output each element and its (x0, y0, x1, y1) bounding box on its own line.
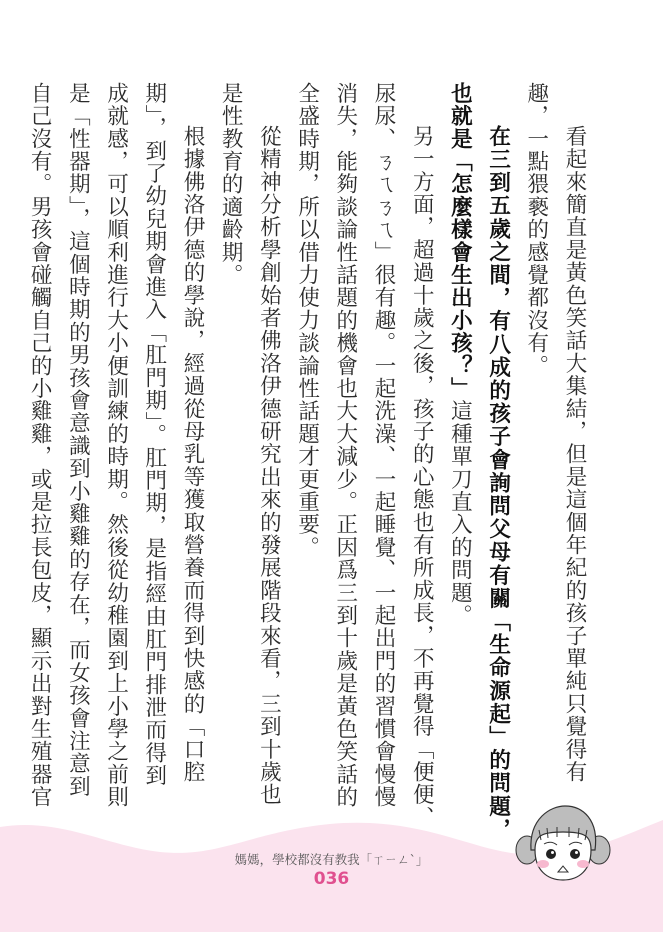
text-column-12: 期」，到了幼兒期會進入「肛門期」。肛門期，是指經由肛門排泄而得到 (135, 82, 173, 762)
text-column-15: 自己沒有。男孩會碰觸自己的小雞雞，或是拉長包皮，顯示出對生殖器官 (20, 82, 58, 762)
book-page: 看起來簡直是黃色笑話大集結，但是這個年紀的孩子單純只覺得有 趣，一點猥褻的感覺都… (0, 0, 663, 932)
text-column-5: 另一方面，超過十歲之後，孩子的心態也有所成長，不再覺得「便便、 (402, 82, 440, 762)
text-column-1: 看起來簡直是黃色笑話大集結，但是這個年紀的孩子單純只覺得有 (555, 82, 593, 762)
emphasis-question: 也就是「怎麼樣會生出小孩？」 (447, 82, 472, 400)
text-column-2: 趣，一點猥褻的感覺都沒有。 (517, 82, 555, 762)
text-column-13: 成就感，可以順利進行大小便訓練的時期。然後從幼稚園到上小學之前則 (96, 82, 134, 762)
text-column-10: 是性教育的適齡期。 (211, 82, 249, 762)
text-column-9: 從精神分析學創始者佛洛伊德研究出來的發展階段來看，三到十歲也 (249, 82, 287, 762)
worried-girl-face-icon (513, 800, 613, 890)
vertical-body-text: 看起來簡直是黃色笑話大集結，但是這個年紀的孩子單純只覺得有 趣，一點猥褻的感覺都… (53, 82, 593, 762)
text-column-4-rest: 這種單刀直入的問題。 (447, 400, 472, 627)
text-column-7: 消失，能夠談論性話題的機會也大大減少。正因爲三到十歲是黃色笑話的 (326, 82, 364, 762)
text-column-6: 尿尿、ㄋㄟㄋㄟ」很有趣。一起洗澡、一起睡覺、一起出門的習慣會慢慢 (364, 82, 402, 762)
text-column-14: 是「性器期」，這個時期的男孩會意識到小雞雞的存在，而女孩會注意到 (58, 82, 96, 762)
text-column-8: 全盛時期，所以借力使力談論性話題才更重要。 (287, 82, 325, 762)
text-column-11: 根據佛洛伊德的學說，經過從母乳等獲取營養而得到快感的「口腔 (173, 82, 211, 762)
text-column-4: 也就是「怎麼樣會生出小孩？」這種單刀直入的問題。 (440, 82, 478, 762)
text-column-3-emphasis: 在三到五歲之間，有八成的孩子會詢問父母有關「生命源起」的問題， (478, 82, 516, 762)
